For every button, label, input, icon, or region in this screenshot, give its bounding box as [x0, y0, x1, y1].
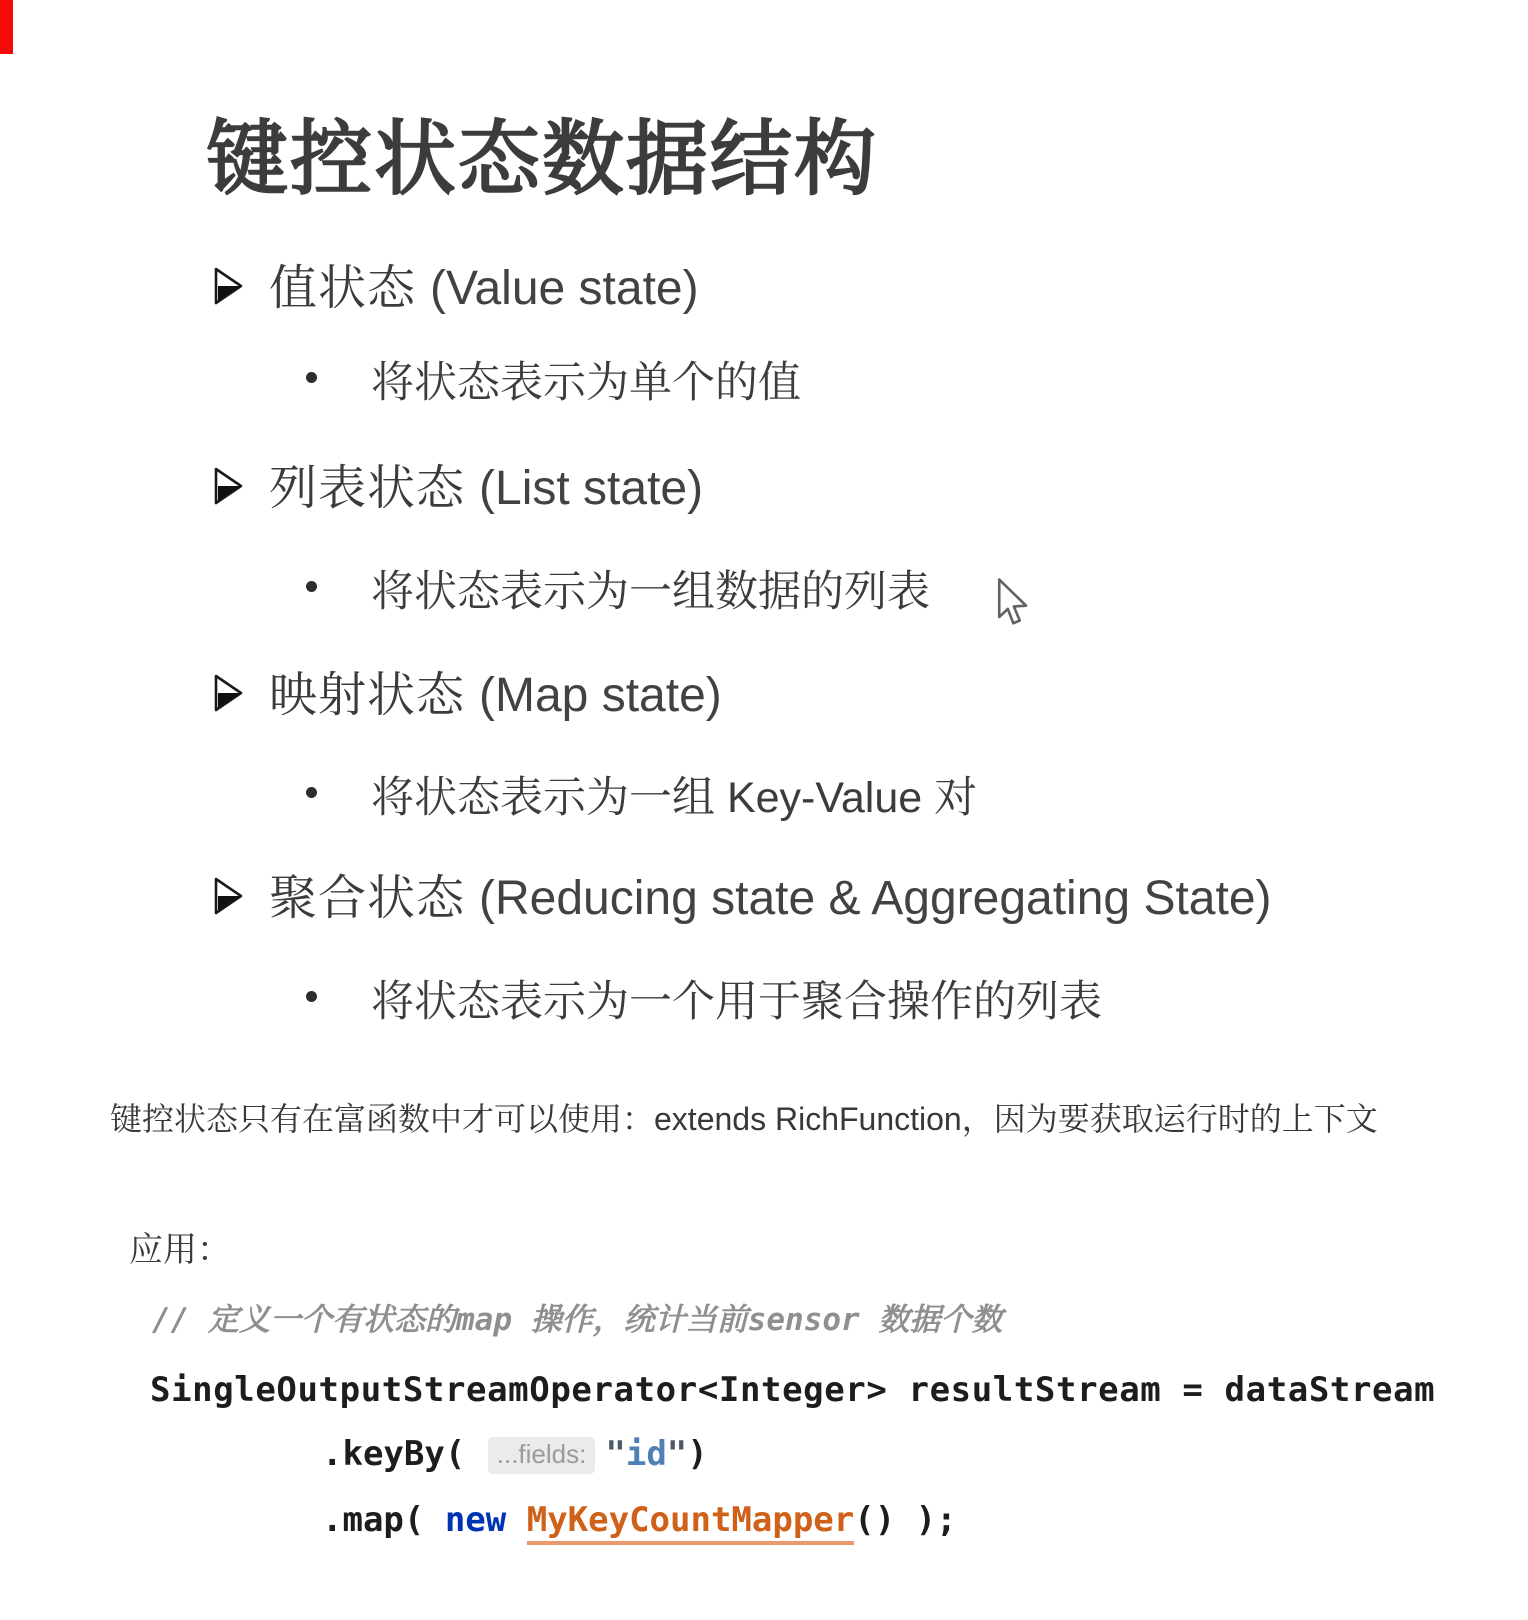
red-corner-marker: [0, 0, 13, 54]
bullet-label-zh: 值状态: [269, 262, 416, 315]
dot-bullet-icon: [306, 787, 317, 798]
bullet-item-map-state: 映射状态(Map state): [213, 671, 722, 724]
code-line-declaration: SingleOutputStreamOperator<Integer> resu…: [150, 1370, 1435, 1411]
arrowhead-bullet-icon: [213, 264, 245, 317]
code-line-map: .map( new MyKeyCountMapper() );: [322, 1500, 957, 1541]
document-page: 键控状态数据结构 值状态(Value state) 将状态表示为单个的值 列表状…: [0, 0, 1528, 1620]
sub-bullet-list-state: 将状态表示为一组数据的列表: [306, 571, 930, 614]
comment-text: // 定义一个有状态的: [152, 1302, 456, 1338]
bullet-label-zh: 映射状态: [269, 669, 465, 722]
comment-text: sensor: [748, 1302, 860, 1338]
close-paren: ): [687, 1434, 707, 1474]
bullet-label-en: (List state): [479, 462, 703, 515]
dot-bullet-icon: [306, 581, 317, 592]
page-title: 键控状态数据结构: [206, 119, 878, 201]
comment-text: map: [456, 1302, 512, 1338]
sub-bullet-text: 将状态表示为一组数据的列表: [371, 568, 930, 616]
string-value: id: [626, 1434, 667, 1474]
method-call-text: .map(: [322, 1500, 445, 1540]
arrowhead-bullet-icon: [213, 874, 245, 927]
sub-bullet-value-state: 将状态表示为单个的值: [306, 362, 801, 405]
application-label: 应用：: [129, 1222, 231, 1271]
bullet-label-en: (Map state): [479, 669, 722, 722]
string-quote: ": [605, 1434, 625, 1474]
bullet-item-aggregating-state: 聚合状态(Reducing state & Aggregating State): [213, 874, 1272, 927]
sub-bullet-text: 将状态表示为一个用于聚合操作的列表: [371, 978, 1102, 1026]
bullet-label-zh: 聚合状态: [269, 872, 465, 925]
keyword-new: new: [445, 1500, 527, 1540]
bullet-item-list-state: 列表状态(List state): [213, 464, 703, 517]
param-hint-inlay: ...fields:: [488, 1437, 596, 1474]
bullet-label-zh: 列表状态: [269, 462, 465, 515]
bullet-item-value-state: 值状态(Value state): [213, 264, 699, 317]
comment-text: 操作，统计当前: [512, 1302, 748, 1338]
sub-bullet-text: 将状态表示为单个的值: [371, 359, 801, 407]
code-line-keyby: .keyBy( ...fields:"id"): [322, 1434, 708, 1476]
code-comment-line: // 定义一个有状态的map 操作，统计当前sensor 数据个数: [152, 1302, 1002, 1339]
sub-bullet-text: 将状态表示为一组 Key-Value 对: [371, 774, 977, 822]
arrowhead-bullet-icon: [213, 464, 245, 517]
close-paren: () );: [854, 1500, 956, 1540]
method-call-text: .keyBy(: [322, 1434, 486, 1474]
mouse-cursor-icon: [996, 578, 1030, 635]
string-quote: ": [667, 1434, 687, 1474]
dot-bullet-icon: [306, 372, 317, 383]
sub-bullet-map-state: 将状态表示为一组 Key-Value 对: [306, 777, 977, 820]
bullet-label-en: (Reducing state & Aggregating State): [479, 872, 1272, 925]
class-reference: MyKeyCountMapper: [527, 1500, 855, 1545]
comment-text: 数据个数: [860, 1302, 1003, 1338]
arrowhead-bullet-icon: [213, 671, 245, 724]
dot-bullet-icon: [306, 991, 317, 1002]
note-paragraph: 键控状态只有在富函数中才可以使用：extends RichFunction，因为…: [110, 1096, 1378, 1142]
bullet-label-en: (Value state): [430, 262, 699, 315]
sub-bullet-aggregating-state: 将状态表示为一个用于聚合操作的列表: [306, 981, 1102, 1024]
